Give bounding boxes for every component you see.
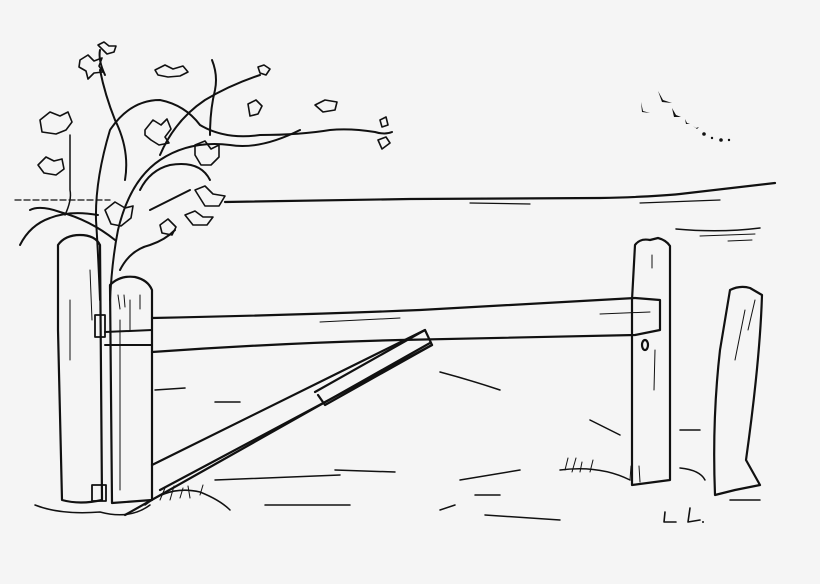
illustration: Old wooden farm gate by the sea L.L. (0, 0, 820, 584)
drawing-canvas (0, 0, 820, 584)
paper-background (0, 0, 820, 584)
